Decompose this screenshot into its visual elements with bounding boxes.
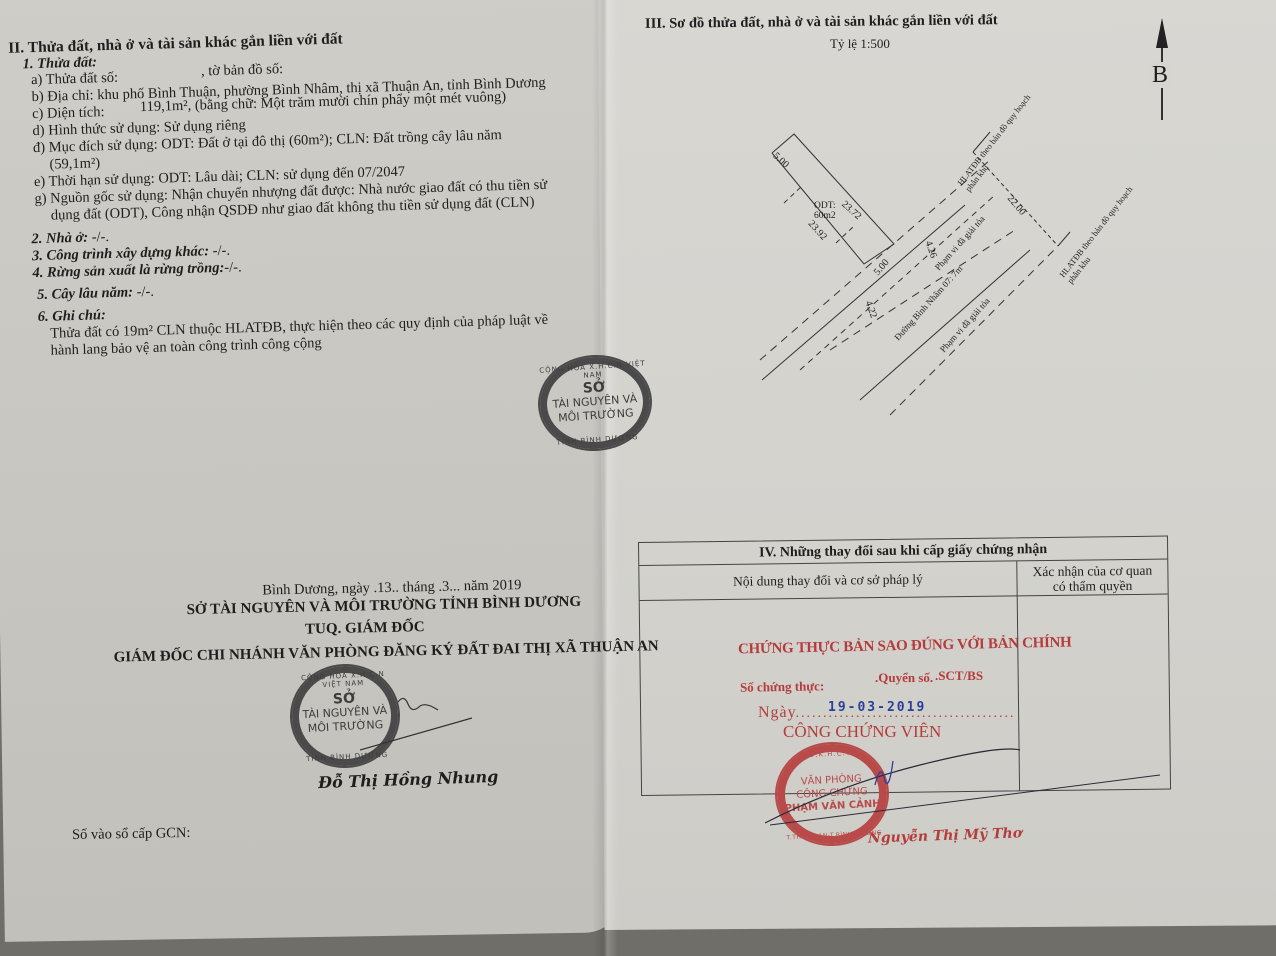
- notary-role: CÔNG CHỨNG VIÊN: [783, 722, 941, 742]
- map-scale: Tỷ lệ 1:500: [830, 36, 890, 52]
- usage-purpose-cont: (59,1m²): [49, 155, 100, 172]
- signature-stroke-left: [360, 690, 480, 770]
- cert-date-value: 19-03-2019: [828, 700, 926, 715]
- parcel-label: ODT: 60m2: [814, 201, 836, 221]
- map-sheet-label: , tờ bản đồ số:: [201, 61, 284, 79]
- parcel-type: ODT:: [814, 201, 836, 211]
- item5-label: 5. Cây lâu năm:: [37, 284, 133, 303]
- item6-label: 6. Ghi chú:: [38, 307, 107, 325]
- gcn-register-label: Số vào sổ cấp GCN:: [72, 825, 191, 843]
- changes-col-content: Nội dung thay đổi và cơ sở pháp lý: [639, 561, 1017, 601]
- item2-value: -/-.: [91, 229, 109, 245]
- cert-number-label: Số chứng thực:: [740, 678, 825, 695]
- north-label: B: [1151, 62, 1169, 88]
- tuq-director: TUQ. GIÁM ĐỐC: [305, 619, 425, 639]
- item3-value: -/-.: [212, 243, 230, 259]
- area-label: c) Diện tích:: [32, 104, 105, 122]
- department-stamp-1: CỘNG HÒA X.H.C.N VIỆT NAM SỞ TÀI NGUYÊN …: [535, 351, 655, 455]
- changes-col-authority: Xác nhận của cơ quan có thẩm quyền: [1017, 560, 1167, 597]
- parcel-area: 60m2: [814, 211, 836, 221]
- parcel-number-label: a) Thửa đất số:: [31, 70, 118, 88]
- item2-label: 2. Nhà ở:: [31, 230, 88, 248]
- cert-book-label: .Quyển số.: [875, 670, 933, 686]
- item4-value: -/-.: [224, 259, 242, 275]
- cert-suffix: .SCT/BS: [935, 668, 983, 684]
- item5-value: -/-.: [136, 284, 154, 300]
- authority-header-line-2: có thẩm quyền: [1017, 578, 1167, 595]
- page-fold: [592, 0, 618, 956]
- authority-header-line-1: Xác nhận của cơ quan: [1017, 563, 1167, 580]
